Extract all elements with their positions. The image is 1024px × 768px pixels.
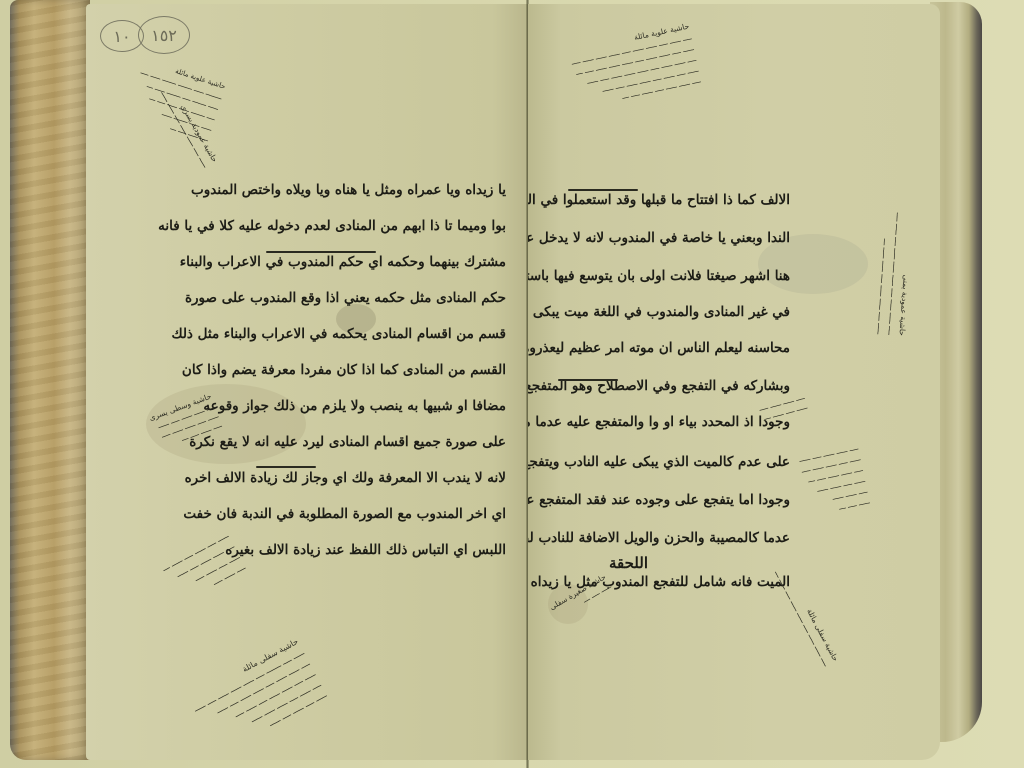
folio-number: ١٠ ١٥٢ — [100, 12, 200, 60]
text-line: الالف كما ذا افتتاح ما قبلها وقد استعملو… — [528, 192, 790, 208]
marginal-gloss-top: حاشية علوية مائلة ــــ ـــــ ــــ ـــــ … — [568, 21, 702, 111]
text-line: اللبس اي التباس ذلك اللفظ عند زيادة الال… — [225, 542, 506, 558]
text-line: الميت فانه شامل للتفجع المندوب مثل يا زي… — [531, 574, 790, 590]
marginal-gloss-bottom: حاشية سفلى مائلة ـــــ ــــ ـــــــ ــــ… — [186, 636, 329, 758]
text-overline — [256, 466, 316, 468]
text-line: عدما كالمصيبة والحزن والويل الاضافة للنا… — [528, 530, 790, 546]
text-line: وجودا اما يتفجع على وجوده عند فقد المتفج… — [528, 492, 790, 508]
text-overline — [266, 251, 376, 253]
marginal-gloss-right-vertical: حاشية عمودية يمنى ــــ ـــــ ـــــ ــــ … — [875, 212, 916, 337]
text-line: قسم من اقسام المنادى يحكمه في الاعراب وا… — [171, 326, 506, 342]
right-page: حاشية علوية مائلة ــــ ـــــ ــــ ـــــ … — [528, 4, 940, 760]
text-overline — [558, 379, 618, 381]
marginal-gloss-right-lower: ــــ ـــــ ـــــ ــــ ـــــ ـــــ ــــ ـ… — [798, 442, 870, 519]
text-line: لانه لا يندب الا المعرفة ولك اي وجاز لك … — [185, 470, 506, 486]
heading-text: اللحقة — [609, 554, 648, 572]
text-line: مضافا او شبيها به ينصب ولا يلزم من ذلك ج… — [203, 398, 506, 414]
text-line: اي اخر المندوب مع الصورة المطلوبة في الن… — [183, 506, 506, 522]
book-spine — [10, 0, 90, 760]
text-line: القسم من المنادى كما اذا كان مفردا معرفة… — [182, 362, 506, 378]
folio-mark-2: ١٥٢ — [138, 16, 190, 54]
text-line: يا زيداه ويا عمراه ومثل يا هناه ويا ويلا… — [191, 182, 506, 198]
text-line: محاسنه ليعلم الناس ان موته امر عظيم ليعذ… — [528, 340, 790, 356]
marginal-gloss-bottom: حاشية سفلى مائلة ــــ ـــــ ـــــ ــــ ـ… — [772, 564, 840, 668]
left-main-text: يا زيداه ويا عمراه ومثل يا هناه ويا ويلا… — [256, 182, 506, 582]
text-line: هنا اشهر صيغتا فلانت اولى بان يتوسع فيها… — [528, 268, 790, 284]
text-line: على صورة جميع اقسام المنادى ليرد عليه ان… — [189, 434, 506, 450]
text-line: حكم المنادى مثل حكمه يعني اذا وقع المندو… — [185, 290, 506, 306]
text-line: في غير المنادى والمندوب في اللغة ميت يبك… — [528, 304, 790, 320]
text-line: بوا وميما تا ذا ابهم من المنادى لعدم دخو… — [158, 218, 506, 234]
text-line: الندا وبعني يا خاصة في المندوب لانه لا ي… — [528, 230, 790, 246]
left-page: ١٠ ١٥٢ حاشية علوية مائلة ــــــــ ـــــ … — [86, 4, 528, 760]
text-line: على عدم كالميت الذي يبكى عليه النادب ويت… — [528, 454, 790, 470]
text-overline — [568, 189, 638, 191]
text-line: مشترك بينهما وحكمه اي حكم المندوب في الا… — [180, 254, 506, 270]
text-line: وجودا اذ المحدد بياء او وا والمتفجع عليه… — [528, 414, 790, 430]
right-main-text: الالف كما ذا افتتاح ما قبلها وقد استعملو… — [548, 192, 790, 602]
marginal-gloss-lower-left: ـــــ ــــ ـــــ ــــ ـــــ ـــ ــــ ـــ… — [160, 529, 248, 606]
